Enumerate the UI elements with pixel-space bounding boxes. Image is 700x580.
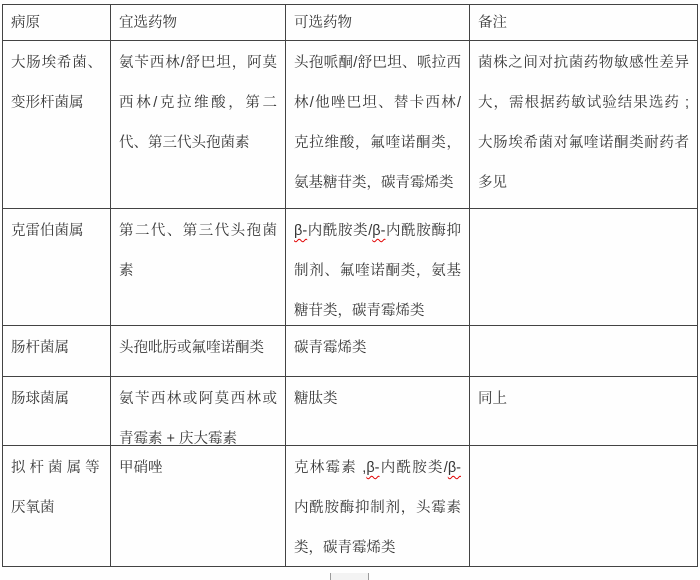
text-segment: 碳青霉烯类 [294,340,367,356]
text-segment: 头孢哌酮/舒巴坦、哌拉西林/他唑巴坦、替卡西林/克拉维酸，氟喹诺酮类，氨基糖苷类… [294,55,461,191]
cell-text: 甲硝唑 [111,446,285,566]
cell-text: 头孢哌酮/舒巴坦、哌拉西林/他唑巴坦、替卡西林/克拉维酸，氟喹诺酮类，氨基糖苷类… [286,41,469,208]
cell-text: 同上 [470,377,697,445]
text-segment: 头孢吡肟或氟喹诺酮类 [119,340,264,356]
cell-preferred-drugs: 甲硝唑 [111,446,286,567]
cell-text: 糖肽类 [286,377,469,445]
cell-optional-drugs: 糖肽类 [286,377,470,446]
text-segment: 内酰胺类/ [307,223,372,239]
cell-notes: 菌株之间对抗菌药物敏感性差异大，需根据药敏试验结果选药 ;大肠埃希菌对氟喹诺酮类… [470,41,698,209]
cell-pathogen: 肠球菌属 [3,377,111,446]
text-segment: 第二代、第三代头孢菌素 [119,223,277,279]
table-row: 肠杆菌属头孢吡肟或氟喹诺酮类碳青霉烯类 [3,326,698,377]
text-segment: 氨苄西林或阿莫西林或青霉素 + 庆大霉素 [119,391,277,445]
header-row: 病原 宜选药物 可选药物 备注 [3,5,698,41]
cell-pathogen: 肠杆菌属 [3,326,111,377]
cell-optional-drugs: 碳青霉烯类 [286,326,470,377]
cell-text [470,326,697,376]
text-segment: 氨苄西林/舒巴坦，阿莫西林/克拉维酸，第二代、第三代头孢菌素 [119,55,277,151]
header-cell-preferred-drugs: 宜选药物 [111,5,286,41]
header-text: 可选药物 [286,5,469,39]
header-cell-pathogen: 病原 [3,5,111,41]
cell-text: 拟 杆 菌 属 等 厌氧菌 [3,446,110,566]
table-row: 拟 杆 菌 属 等 厌氧菌甲硝唑克林霉素 ,β-内酰胺类/β-内酰胺酶抑制剂，头… [3,446,698,567]
text-segment: 内酰胺酶抑制剂，头霉素类，碳青霉烯类 [294,500,461,556]
cell-text: 头孢吡肟或氟喹诺酮类 [111,326,285,376]
partial-next-table-cell [330,573,369,580]
text-segment: 拟 杆 菌 属 等 厌氧菌 [11,460,100,516]
cell-text: 肠杆菌属 [3,326,110,376]
cell-text: 氨苄西林/舒巴坦，阿莫西林/克拉维酸，第二代、第三代头孢菌素 [111,41,285,208]
cell-text: 大肠埃希菌、变形杆菌属 [3,41,110,208]
cell-optional-drugs: β-内酰胺类/β-内酰胺酶抑制剂、氟喹诺酮类，氨基糖苷类，碳青霉烯类 [286,209,470,326]
text-segment: 克林霉素 , [294,460,366,476]
cell-text: β-内酰胺类/β-内酰胺酶抑制剂、氟喹诺酮类，氨基糖苷类，碳青霉烯类 [286,209,469,325]
text-segment: 大肠埃希菌、变形杆菌属 [11,55,102,111]
cell-text: 碳青霉烯类 [286,326,469,376]
table-row: 肠球菌属氨苄西林或阿莫西林或青霉素 + 庆大霉素糖肽类同上 [3,377,698,446]
table-body: 大肠埃希菌、变形杆菌属氨苄西林/舒巴坦，阿莫西林/克拉维酸，第二代、第三代头孢菌… [3,41,698,567]
header-cell-optional-drugs: 可选药物 [286,5,470,41]
cell-preferred-drugs: 氨苄西林/舒巴坦，阿莫西林/克拉维酸，第二代、第三代头孢菌素 [111,41,286,209]
header-text: 备注 [470,5,697,39]
spellcheck-underlined-text: β- [366,460,379,476]
table-row: 大肠埃希菌、变形杆菌属氨苄西林/舒巴坦，阿莫西林/克拉维酸，第二代、第三代头孢菌… [3,41,698,209]
cell-text: 肠球菌属 [3,377,110,445]
spellcheck-underlined-text: β- [448,460,461,476]
cell-text [470,446,697,566]
cell-notes [470,326,698,377]
cell-pathogen: 拟 杆 菌 属 等 厌氧菌 [3,446,111,567]
text-segment: 肠球菌属 [11,391,69,407]
cell-notes [470,209,698,326]
header-cell-notes: 备注 [470,5,698,41]
cell-optional-drugs: 头孢哌酮/舒巴坦、哌拉西林/他唑巴坦、替卡西林/克拉维酸，氟喹诺酮类，氨基糖苷类… [286,41,470,209]
cell-preferred-drugs: 氨苄西林或阿莫西林或青霉素 + 庆大霉素 [111,377,286,446]
document-page: 病原 宜选药物 可选药物 备注 大肠埃希菌、变形杆菌属氨苄西林/舒巴坦，阿莫西林… [0,0,700,580]
spellcheck-underlined-text: β- [294,223,307,239]
text-segment: 克雷伯菌属 [11,223,84,239]
text-segment: 甲硝唑 [119,460,163,476]
cell-text: 克雷伯菌属 [3,209,110,325]
cell-optional-drugs: 克林霉素 ,β-内酰胺类/β-内酰胺酶抑制剂，头霉素类，碳青霉烯类 [286,446,470,567]
cell-notes: 同上 [470,377,698,446]
header-text: 宜选药物 [111,5,285,39]
text-segment: 内酰胺类/ [380,460,448,476]
header-text: 病原 [3,5,110,39]
cell-preferred-drugs: 头孢吡肟或氟喹诺酮类 [111,326,286,377]
cell-text: 第二代、第三代头孢菌素 [111,209,285,325]
cell-pathogen: 大肠埃希菌、变形杆菌属 [3,41,111,209]
antibiotic-selection-table: 病原 宜选药物 可选药物 备注 大肠埃希菌、变形杆菌属氨苄西林/舒巴坦，阿莫西林… [2,4,698,567]
cell-notes [470,446,698,567]
text-segment: 肠杆菌属 [11,340,69,356]
cell-preferred-drugs: 第二代、第三代头孢菌素 [111,209,286,326]
cell-text: 氨苄西林或阿莫西林或青霉素 + 庆大霉素 [111,377,285,445]
text-segment: 菌株之间对抗菌药物敏感性差异大，需根据药敏试验结果选药 ;大肠埃希菌对氟喹诺酮类… [478,55,689,191]
cell-text [470,209,697,325]
cell-text: 菌株之间对抗菌药物敏感性差异大，需根据药敏试验结果选药 ;大肠埃希菌对氟喹诺酮类… [470,41,697,208]
text-segment: 糖肽类 [294,391,338,407]
spellcheck-underlined-text: β- [372,223,385,239]
cell-text: 克林霉素 ,β-内酰胺类/β-内酰胺酶抑制剂，头霉素类，碳青霉烯类 [286,446,469,566]
table-row: 克雷伯菌属第二代、第三代头孢菌素β-内酰胺类/β-内酰胺酶抑制剂、氟喹诺酮类，氨… [3,209,698,326]
text-segment: 同上 [478,391,507,407]
cell-pathogen: 克雷伯菌属 [3,209,111,326]
